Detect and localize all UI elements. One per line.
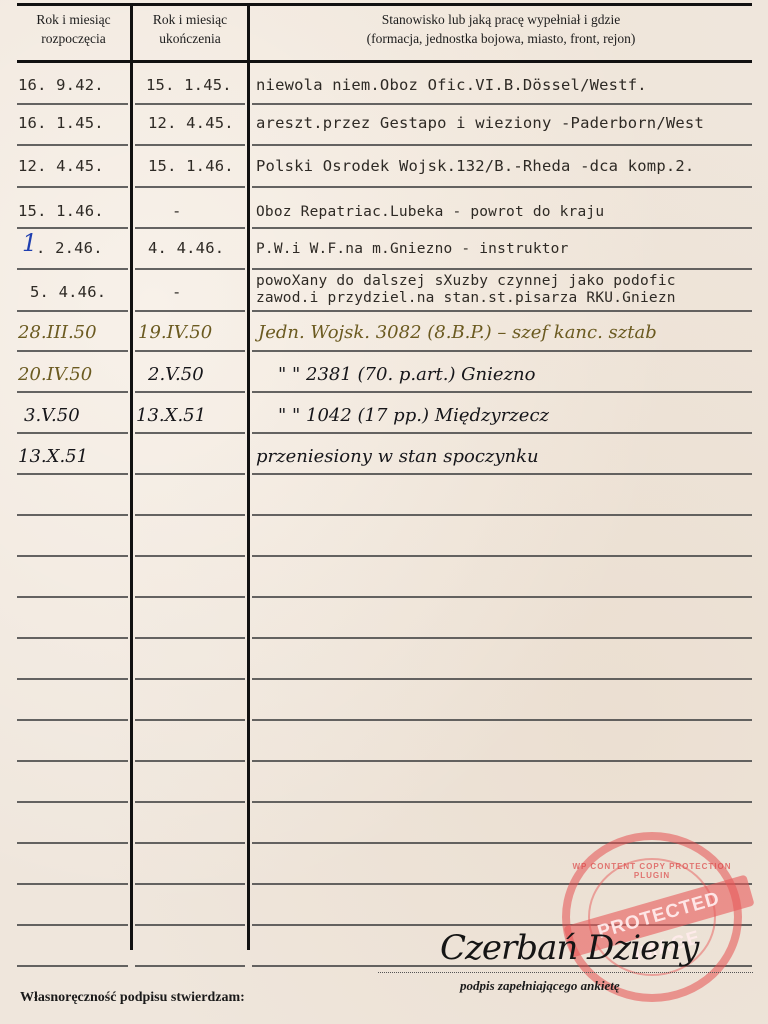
questionnaire-page: Rok i miesiąc rozpoczęcia Rok i miesiąc … xyxy=(0,0,768,1024)
row-10-start: 13.X.51 xyxy=(18,446,88,467)
row-rule xyxy=(135,144,245,146)
row-1-end: 15. 1.45. xyxy=(146,76,232,94)
row-rule xyxy=(17,801,128,803)
row-9-start: 3.V.50 xyxy=(24,405,80,426)
header-start-date: Rok i miesiąc rozpoczęcia xyxy=(17,10,130,48)
row-rule xyxy=(135,883,245,885)
row-rule xyxy=(17,514,128,516)
row-rule xyxy=(17,965,128,967)
row-3-position: Polski Osrodek Wojsk.132/B.-Rheda -dca k… xyxy=(256,157,694,175)
row-rule xyxy=(17,432,128,434)
row-rule xyxy=(17,555,128,557)
signature: Czerbań Dzieny xyxy=(440,928,698,968)
row-rule xyxy=(17,391,128,393)
row-rule xyxy=(135,391,245,393)
row-3-end: 15. 1.46. xyxy=(148,157,234,175)
row-rule xyxy=(135,596,245,598)
row-rule xyxy=(17,596,128,598)
header-end-line2: ukończenia xyxy=(133,29,247,48)
row-rule xyxy=(17,678,128,680)
row-1-start: 16. 9.42. xyxy=(18,76,104,94)
row-7-end: 19.IV.50 xyxy=(138,322,212,343)
row-rule xyxy=(135,514,245,516)
header-end-line1: Rok i miesiąc xyxy=(133,10,247,29)
stamp-ring-text: WP CONTENT COPY PROTECTION PLUGIN xyxy=(570,862,734,880)
row-5-start: . 2.46. xyxy=(36,239,103,257)
row-7-position: Jedn. Wojsk. 3082 (8.B.P.) – szef kanc. … xyxy=(258,322,657,343)
row-rule xyxy=(135,268,245,270)
header-bottom-border xyxy=(17,60,752,63)
signature-dotted-line xyxy=(378,972,753,973)
row-rule xyxy=(17,842,128,844)
header-start-line2: rozpoczęcia xyxy=(17,29,130,48)
row-rule xyxy=(17,268,128,270)
row-rule xyxy=(135,310,245,312)
row-rule xyxy=(252,144,752,146)
header-end-date: Rok i miesiąc ukończenia xyxy=(133,10,247,48)
table-top-border xyxy=(17,3,752,6)
row-rule xyxy=(135,678,245,680)
row-6-position-line1: powoXany do dalszej sXuzby czynnej jako … xyxy=(256,272,676,290)
row-4-position: Oboz Repatriac.Lubeka - powrot do kraju xyxy=(256,203,604,221)
row-rule xyxy=(252,310,752,312)
row-rule xyxy=(17,637,128,639)
row-rule xyxy=(17,883,128,885)
row-rule xyxy=(135,801,245,803)
row-8-end: 2.V.50 xyxy=(148,364,204,385)
row-6-start: 5. 4.46. xyxy=(30,283,106,301)
row-rule xyxy=(252,637,752,639)
row-rule xyxy=(252,514,752,516)
column-divider-2 xyxy=(247,4,250,950)
row-rule xyxy=(135,637,245,639)
row-5-position: P.W.i W.F.na m.Gniezno - instruktor xyxy=(256,240,569,258)
certify-label: Własnoręczność podpisu stwierdzam: xyxy=(20,990,245,1006)
row-rule xyxy=(252,227,752,229)
watermark-stamp: WP CONTENT COPY PROTECTION PLUGIN PROTEC… xyxy=(562,832,742,1002)
row-rule xyxy=(252,801,752,803)
row-8-start: 20.IV.50 xyxy=(18,364,92,385)
row-2-start: 16. 1.45. xyxy=(18,114,104,132)
row-rule xyxy=(252,719,752,721)
row-rule xyxy=(252,473,752,475)
row-rule xyxy=(135,350,245,352)
row-rule xyxy=(252,760,752,762)
row-rule xyxy=(17,350,128,352)
row-rule xyxy=(17,719,128,721)
row-rule xyxy=(135,432,245,434)
row-rule xyxy=(135,842,245,844)
row-rule xyxy=(135,186,245,188)
row-rule xyxy=(252,103,752,105)
row-4-start: 15. 1.46. xyxy=(18,202,104,220)
row-rule xyxy=(252,678,752,680)
row-rule xyxy=(17,186,128,188)
row-rule xyxy=(135,760,245,762)
row-rule xyxy=(17,103,128,105)
row-rule xyxy=(252,186,752,188)
row-rule xyxy=(252,432,752,434)
header-position: Stanowisko lub jaką pracę wypełniał i gd… xyxy=(250,10,752,48)
row-1-position: niewola niem.Oboz Ofic.VI.B.Dössel/Westf… xyxy=(256,76,647,94)
row-4-end: - xyxy=(172,202,182,220)
row-rule xyxy=(135,719,245,721)
row-rule xyxy=(17,473,128,475)
row-rule xyxy=(252,596,752,598)
row-rule xyxy=(17,144,128,146)
row-rule xyxy=(135,965,245,967)
row-6-position-line2: zawod.i przydziel.na stan.st.pisarza RKU… xyxy=(256,289,676,307)
row-rule xyxy=(17,924,128,926)
row-rule xyxy=(17,760,128,762)
row-8-position: " " 2381 (70. p.art.) Gniezno xyxy=(278,364,535,385)
row-6-end: - xyxy=(172,283,182,301)
row-rule xyxy=(252,350,752,352)
row-rule xyxy=(135,924,245,926)
row-7-start: 28.III.50 xyxy=(18,322,97,343)
row-rule xyxy=(252,391,752,393)
header-start-line1: Rok i miesiąc xyxy=(17,10,130,29)
header-position-line1: Stanowisko lub jaką pracę wypełniał i gd… xyxy=(250,10,752,29)
row-9-end: 13.X.51 xyxy=(136,405,206,426)
row-2-end: 12. 4.45. xyxy=(148,114,234,132)
row-5-start-correction: 1 xyxy=(22,229,37,257)
row-rule xyxy=(135,473,245,475)
row-rule xyxy=(135,227,245,229)
row-5-end: 4. 4.46. xyxy=(148,239,224,257)
signature-caption: podpis zapełniającego ankietę xyxy=(460,978,620,994)
row-rule xyxy=(17,310,128,312)
row-rule xyxy=(252,268,752,270)
row-10-position: przeniesiony w stan spoczynku xyxy=(256,446,539,467)
row-rule xyxy=(135,103,245,105)
column-divider-1 xyxy=(130,4,133,950)
row-2-position: areszt.przez Gestapo i wieziony -Paderbo… xyxy=(256,114,704,132)
header-position-line2: (formacja, jednostka bojowa, miasto, fro… xyxy=(250,29,752,48)
row-9-position: " " 1042 (17 pp.) Międzyrzecz xyxy=(278,405,549,426)
row-rule xyxy=(135,555,245,557)
row-rule xyxy=(252,555,752,557)
row-3-start: 12. 4.45. xyxy=(18,157,104,175)
